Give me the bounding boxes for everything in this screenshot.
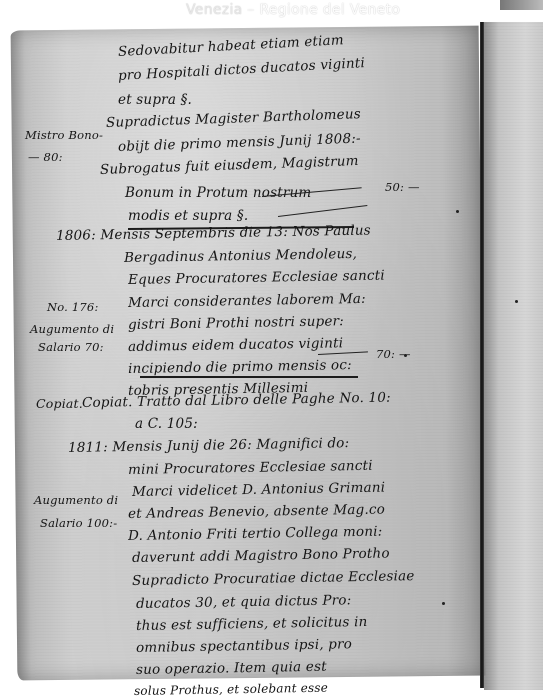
adjacent-page <box>484 6 543 690</box>
watermark: Venezia – Regione del Veneto <box>186 2 526 18</box>
ink-speck <box>456 210 459 213</box>
text-line: modis et supra §. <box>128 208 248 224</box>
entry-separator <box>140 376 358 378</box>
margin-note: Copiat. <box>36 396 83 411</box>
margin-note: No. 176: <box>47 300 99 314</box>
watermark-separator: – <box>247 2 254 18</box>
text-line: et supra §. <box>118 92 192 108</box>
margin-note: Salario 100:- <box>40 516 117 530</box>
text-line: solus Prothus, et solebant esse <box>134 681 328 698</box>
text-line: suo operazio. Item quia est <box>136 659 327 678</box>
margin-note: Mistro Bono- <box>25 128 103 142</box>
manuscript-scan: Venezia – Regione del Veneto Sedovabitur… <box>0 0 543 700</box>
watermark-left: Venezia <box>186 2 243 18</box>
ink-speck <box>442 602 445 605</box>
margin-note: Augumento di <box>30 322 114 336</box>
text-line: Bonum in Protum nostrum <box>125 185 311 201</box>
binding-gutter <box>480 8 484 688</box>
text-line: a C. 105: <box>135 416 198 432</box>
ink-speck <box>404 354 407 357</box>
watermark-right: Regione del Veneto <box>259 2 400 18</box>
margin-note: Salario 70: <box>38 340 104 354</box>
ink-speck <box>515 300 518 303</box>
margin-note: Augumento di <box>34 493 118 507</box>
margin-note: — 80: <box>28 150 63 164</box>
right-amount: 50: — <box>385 180 420 194</box>
